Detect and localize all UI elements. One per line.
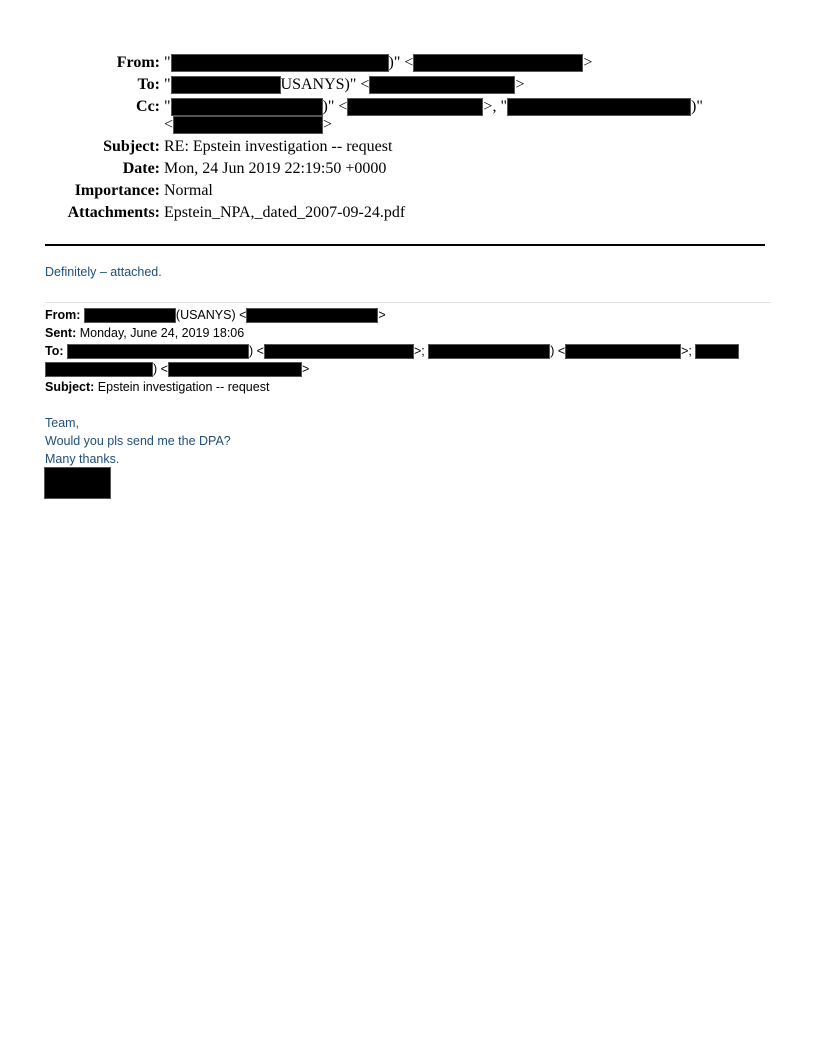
redaction <box>168 362 302 377</box>
date-label: Date: <box>123 158 160 180</box>
redaction <box>84 308 176 323</box>
redaction <box>413 54 583 72</box>
header-date-row: Date: Mon, 24 Jun 2019 22:19:50 +0000 <box>0 158 816 180</box>
redaction <box>695 344 739 359</box>
quoted-header: From: (USANYS) <> Sent: Monday, June 24,… <box>45 306 785 396</box>
signature-redaction <box>44 467 111 499</box>
header-importance-row: Importance: Normal <box>0 180 816 202</box>
to-suffix: USANYS)" < <box>281 76 370 93</box>
date-value: Mon, 24 Jun 2019 22:19:50 +0000 <box>164 158 386 180</box>
subject-value: RE: Epstein investigation -- request <box>164 136 392 158</box>
quoted-from-label: From: <box>45 308 80 322</box>
header-from-row: From: ")" <> <box>0 52 816 74</box>
attachment-link[interactable]: Epstein_NPA,_dated_2007-09-24.pdf <box>164 202 405 224</box>
reply-body: Definitely – attached. <box>45 265 162 279</box>
redaction <box>171 54 389 72</box>
header-subject-row: Subject: RE: Epstein investigation -- re… <box>0 136 816 158</box>
header-cc-row-cont: <> <box>0 114 816 136</box>
to-label: To: <box>137 74 160 96</box>
redaction <box>173 116 323 134</box>
redaction <box>565 344 681 359</box>
quoted-sent-value: Monday, June 24, 2019 18:06 <box>80 326 244 340</box>
importance-label: Importance: <box>75 180 160 202</box>
quoted-sent-label: Sent: <box>45 326 76 340</box>
quoted-subject-label: Subject: <box>45 380 94 394</box>
attachments-label: Attachments: <box>68 202 160 224</box>
quoted-subject-row: Subject: Epstein investigation -- reques… <box>45 378 269 396</box>
redaction <box>45 362 153 377</box>
body-line: Many thanks. <box>45 450 119 468</box>
header-divider <box>45 244 765 246</box>
subject-label: Subject: <box>103 136 160 158</box>
body-line: Team, <box>45 414 79 432</box>
redaction <box>264 344 414 359</box>
header-attachments-row: Attachments: Epstein_NPA,_dated_2007-09-… <box>0 202 816 224</box>
redaction <box>171 76 281 94</box>
importance-value: Normal <box>164 180 213 202</box>
quoted-divider <box>45 302 771 303</box>
quoted-subject-value: Epstein investigation -- request <box>98 380 270 394</box>
quoted-body: Team, Would you pls send me the DPA? Man… <box>45 414 445 504</box>
quoted-to-label: To: <box>45 344 64 358</box>
redaction <box>428 344 550 359</box>
body-line: Would you pls send me the DPA? <box>45 432 231 450</box>
quoted-to-row: To: ) <>; ) <>; <box>45 342 739 360</box>
quoted-from-suffix: (USANYS) < <box>176 308 247 322</box>
quoted-to-row-cont: ) <> <box>45 360 309 378</box>
redaction <box>246 308 378 323</box>
quoted-from-row: From: (USANYS) <> <box>45 306 386 324</box>
redaction <box>67 344 249 359</box>
header-to-row: To: "USANYS)" <> <box>0 74 816 96</box>
quoted-sent-row: Sent: Monday, June 24, 2019 18:06 <box>45 324 244 342</box>
redaction <box>369 76 515 94</box>
from-label: From: <box>117 52 160 74</box>
